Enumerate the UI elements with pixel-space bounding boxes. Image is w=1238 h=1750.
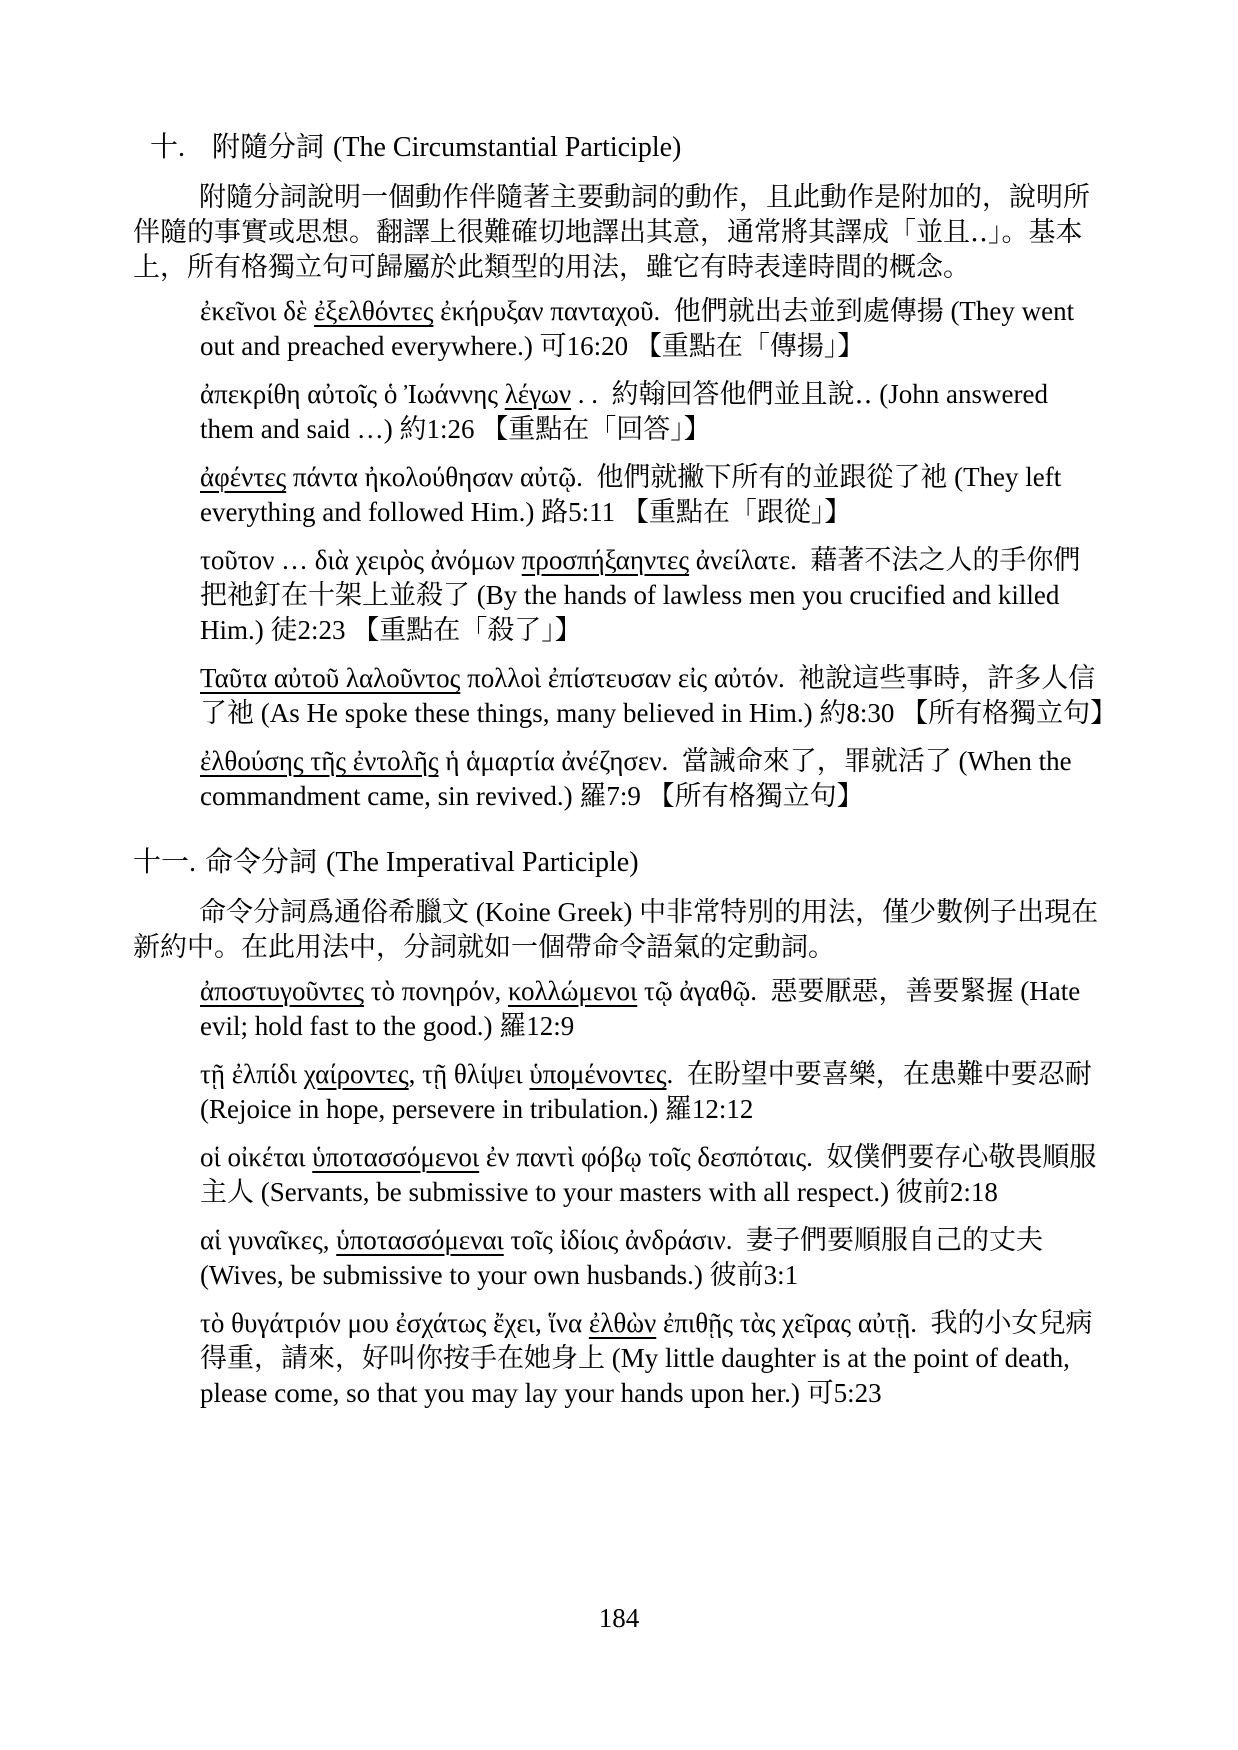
section-title-zh: 附隨分詞 xyxy=(212,132,324,163)
underlined-participle: ἐξελθόντες xyxy=(314,296,433,326)
example-text: αἱ γυναῖκες, xyxy=(200,1225,336,1255)
section-heading: 十.附隨分詞(The Circumstantial Participle) xyxy=(133,130,1106,166)
section-title-en: (The Circumstantial Participle) xyxy=(333,132,681,163)
example-entry: τὸ θυγάτριόν μου ἐσχάτως ἔχει, ἵνα ἐλθὼν… xyxy=(200,1306,1106,1411)
section-title-zh: 命令分詞 xyxy=(205,847,317,878)
example-entry: ἀποστυγοῦντες τὸ πονηρόν, κολλώμενοι τῷ … xyxy=(200,974,1106,1044)
section-intro-paragraph: 附隨分詞說明一個動作伴隨著主要動詞的動作，且此動作是附加的，說明所伴隨的事實或思… xyxy=(133,180,1106,285)
underlined-participle: λέγων xyxy=(505,379,571,409)
example-entry: οἱ οἰκέται ὑποτασσόμενοι ἐν παντὶ φόβῳ τ… xyxy=(200,1140,1106,1210)
underlined-participle: ὑποτασσόμεναι xyxy=(336,1225,504,1255)
section-circumstantial-participle: 十.附隨分詞(The Circumstantial Participle) 附隨… xyxy=(133,130,1106,814)
page-content: 十.附隨分詞(The Circumstantial Participle) 附隨… xyxy=(133,130,1106,1424)
underlined-participle: ἐλθὼν xyxy=(589,1308,656,1338)
section-heading: 十一.命令分詞(The Imperatival Participle) xyxy=(133,845,1106,881)
example-entry: ἀφέντες πάντα ἠκολούθησαν αὐτῷ. 他們就撇下所有的… xyxy=(200,460,1106,530)
underlined-participle: ἀφέντες xyxy=(200,462,286,492)
example-entry: τοῦτον … διὰ χειρὸς ἀνόμων προσπήξαηντες… xyxy=(200,543,1106,648)
example-entry: τῇ ἐλπίδι χαίροντες, τῇ θλίψει ὑπομένοντ… xyxy=(200,1057,1106,1127)
section-number: 十. xyxy=(150,130,185,166)
example-text: ἀπεκρίθη αὐτοῖς ὁ Ἰωάννης xyxy=(200,379,505,409)
underlined-participle: προσπήξαηντες xyxy=(522,545,689,575)
example-entry: ἐκεῖνοι δὲ ἐξελθόντες ἐκήρυξαν πανταχοῦ.… xyxy=(200,294,1106,364)
underlined-participle: ὑποτασσόμενοι xyxy=(312,1142,479,1172)
underlined-participle: ὑπομένοντες xyxy=(529,1059,666,1089)
example-text: , τῇ θλίψει xyxy=(409,1059,530,1089)
underlined-participle: ἀποστυγοῦντες xyxy=(200,976,364,1006)
section-title-en: (The Imperatival Participle) xyxy=(326,847,639,878)
document-page: 十.附隨分詞(The Circumstantial Participle) 附隨… xyxy=(0,0,1238,1750)
underlined-participle: κολλώμενοι xyxy=(508,976,637,1006)
underlined-participle: ἐλθούσης τῆς ἐντολῆς xyxy=(200,746,439,776)
section-imperatival-participle: 十一.命令分詞(The Imperatival Participle) 命令分詞… xyxy=(133,845,1106,1411)
example-text: τὸ θυγάτριόν μου ἐσχάτως ἔχει, ἵνα xyxy=(200,1308,589,1338)
example-text: πάντα ἠκολούθησαν αὐτῷ. 他們就撇下所有的並跟從了祂 (T… xyxy=(200,462,1068,527)
example-text: τοῦτον … διὰ χειρὸς ἀνόμων xyxy=(200,545,522,575)
example-text: τῇ ἐλπίδι xyxy=(200,1059,304,1089)
underlined-participle: χαίροντες xyxy=(304,1059,409,1089)
example-entry: ἀπεκρίθη αὐτοῖς ὁ Ἰωάννης λέγων . . 約翰回答… xyxy=(200,377,1106,447)
example-text: οἱ οἰκέται xyxy=(200,1142,312,1172)
example-text: τὸ πονηρόν, xyxy=(364,976,508,1006)
example-list: ἐκεῖνοι δὲ ἐξελθόντες ἐκήρυξαν πανταχοῦ.… xyxy=(200,294,1106,814)
page-number: 184 xyxy=(0,1603,1238,1634)
example-entry: ἐλθούσης τῆς ἐντολῆς ἡ ἁμαρτία ἀνέζησεν.… xyxy=(200,744,1106,814)
example-entry: αἱ γυναῖκες, ὑποτασσόμεναι τοῖς ἰδίοις ἀ… xyxy=(200,1223,1106,1293)
underlined-participle: Ταῦτα αὐτοῦ λαλοῦντος xyxy=(200,663,460,693)
example-text: ἐκεῖνοι δὲ xyxy=(200,296,314,326)
example-list: ἀποστυγοῦντες τὸ πονηρόν, κολλώμενοι τῷ … xyxy=(200,974,1106,1411)
example-entry: Ταῦτα αὐτοῦ λαλοῦντος πολλοὶ ἐπίστευσαν … xyxy=(200,661,1106,731)
section-intro-paragraph: 命令分詞爲通俗希臘文 (Koine Greek) 中非常特別的用法，僅少數例子出… xyxy=(133,895,1106,965)
section-number: 十一. xyxy=(133,845,196,881)
